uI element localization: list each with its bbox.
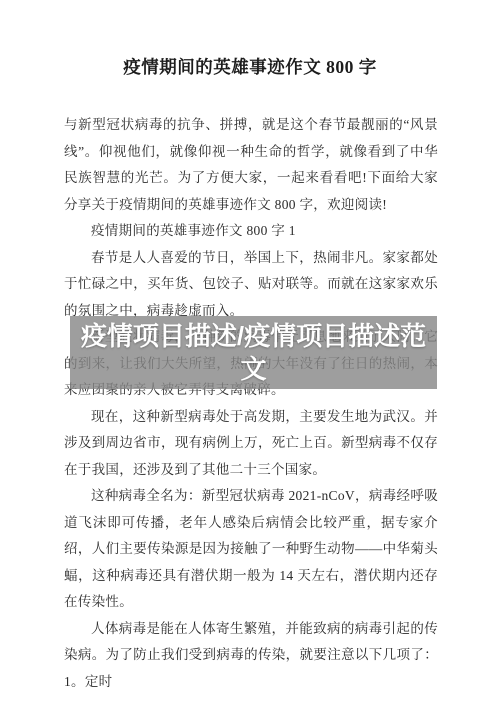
document-page: 疫情期间的英雄事迹作文 800 字 与新型冠状病毒的抗争、拼搏，就是这个春节最靓… — [0, 0, 500, 706]
page-title: 疫情期间的英雄事迹作文 800 字 — [0, 54, 500, 79]
paragraph: 这种病毒全名为：新型冠状病毒 2021-nCoV，病毒经呼吸道飞沫即可传播，老年… — [64, 483, 438, 616]
paragraph: 与新型冠状病毒的抗争、拼搏，就是这个春节最靓丽的“风景线”。仰视他们，就像仰视一… — [64, 112, 438, 218]
paragraph: 现在，这种新型病毒处于高发期，主要发生地为武汉。并涉及到周边省市，现有病例上万，… — [64, 404, 438, 484]
paragraph: 春节是人人喜爱的节日，举国上下，热闹非凡。家家都处于忙碌之中，买年货、包饺子、贴… — [64, 245, 438, 325]
overlay-banner: 疫情项目描述/疫情项目描述范文 — [70, 316, 437, 389]
paragraph: 人体病毒是能在人体寄生繁殖，并能致病的病毒引起的传染病。为了防止我们受到病毒的传… — [64, 616, 438, 696]
document-body: 与新型冠状病毒的抗争、拼搏，就是这个春节最靓丽的“风景线”。仰视他们，就像仰视一… — [64, 112, 438, 695]
overlay-title: 疫情项目描述/疫情项目描述范文 — [74, 320, 433, 386]
paragraph: 疫情期间的英雄事迹作文 800 字 1 — [64, 218, 438, 245]
